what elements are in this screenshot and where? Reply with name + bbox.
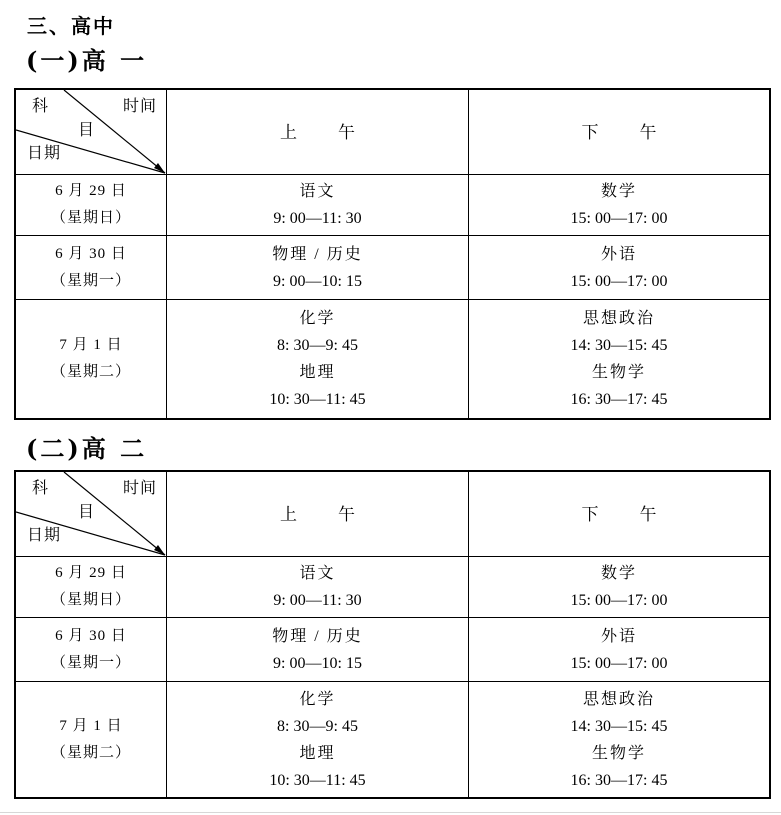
subject-text: 生物学 xyxy=(592,740,646,767)
table-header-row: 科 时间 目 日期 上 午 下 午 xyxy=(16,90,769,174)
weekday-text: （星期日） xyxy=(51,587,131,614)
time-text: 16: 30—17: 45 xyxy=(571,386,668,413)
weekday-text: （星期一） xyxy=(51,650,131,677)
time-text: 9: 00—10: 15 xyxy=(273,268,362,295)
column-header-morning: 上 午 xyxy=(166,90,468,174)
section-heading-grade1: (一)高 一 xyxy=(26,41,147,76)
weekday-text: （星期二） xyxy=(51,359,131,386)
time-text: 16: 30—17: 45 xyxy=(571,767,668,794)
schedule-table-grade2: 科 时间 目 日期 上 午 下 午 6 月 29 日 （星期日） 语文 9: 0… xyxy=(14,470,771,799)
morning-cell: 语文 9: 00—11: 30 xyxy=(166,557,468,617)
weekday-text: （星期一） xyxy=(51,268,131,295)
afternoon-cell: 数学 15: 00—17: 00 xyxy=(468,175,769,235)
table-row: 6 月 30 日 （星期一） 物理 / 历史 9: 00—10: 15 外语 1… xyxy=(16,617,769,681)
corner-label-time: 时间 xyxy=(123,99,157,115)
schedule-table-grade1: 科 时间 目 日期 上 午 下 午 6 月 29 日 （星期日） 语文 9: 0… xyxy=(14,88,771,420)
corner-header-cell: 科 时间 目 日期 xyxy=(16,90,166,174)
subject-text: 语文 xyxy=(299,560,335,587)
table-row: 7 月 1 日 （星期二） 化学 8: 30—9: 45 地理 10: 30—1… xyxy=(16,681,769,797)
subject-text: 思想政治 xyxy=(583,686,655,713)
date-text: 6 月 29 日 xyxy=(55,178,127,205)
subject-text: 化学 xyxy=(299,305,335,332)
morning-cell: 物理 / 历史 9: 00—10: 15 xyxy=(166,618,468,681)
weekday-text: （星期二） xyxy=(51,740,131,767)
date-cell: 7 月 1 日 （星期二） xyxy=(16,300,166,418)
afternoon-cell: 数学 15: 00—17: 00 xyxy=(468,557,769,617)
date-text: 6 月 30 日 xyxy=(55,241,127,268)
subject-text: 物理 / 历史 xyxy=(272,241,362,268)
corner-label-date: 日期 xyxy=(27,528,61,544)
column-header-morning: 上 午 xyxy=(166,472,468,556)
time-text: 9: 00—11: 30 xyxy=(273,587,361,614)
subject-text: 物理 / 历史 xyxy=(272,623,362,650)
date-text: 7 月 1 日 xyxy=(59,713,122,740)
table-row: 6 月 29 日 （星期日） 语文 9: 00—11: 30 数学 15: 00… xyxy=(16,556,769,617)
page-bottom-divider xyxy=(0,812,781,813)
date-cell: 6 月 30 日 （星期一） xyxy=(16,618,166,681)
column-header-afternoon: 下 午 xyxy=(468,90,769,174)
time-text: 9: 00—10: 15 xyxy=(273,650,362,677)
afternoon-cell: 外语 15: 00—17: 00 xyxy=(468,236,769,299)
date-text: 6 月 29 日 xyxy=(55,560,127,587)
date-cell: 6 月 29 日 （星期日） xyxy=(16,557,166,617)
time-text: 8: 30—9: 45 xyxy=(277,332,358,359)
time-text: 14: 30—15: 45 xyxy=(571,713,668,740)
morning-cell: 化学 8: 30—9: 45 地理 10: 30—11: 45 xyxy=(166,682,468,797)
table-row: 7 月 1 日 （星期二） 化学 8: 30—9: 45 地理 10: 30—1… xyxy=(16,299,769,418)
page-title: 三、高中 xyxy=(27,10,115,39)
table-row: 6 月 30 日 （星期一） 物理 / 历史 9: 00—10: 15 外语 1… xyxy=(16,235,769,299)
column-header-afternoon: 下 午 xyxy=(468,472,769,556)
date-text: 7 月 1 日 xyxy=(59,332,122,359)
corner-label-time: 时间 xyxy=(123,481,157,497)
time-text: 15: 00—17: 00 xyxy=(571,650,668,677)
time-text: 10: 30—11: 45 xyxy=(269,386,365,413)
table-row: 6 月 29 日 （星期日） 语文 9: 00—11: 30 数学 15: 00… xyxy=(16,174,769,235)
subject-text: 数学 xyxy=(601,560,637,587)
time-text: 15: 00—17: 00 xyxy=(571,587,668,614)
morning-cell: 化学 8: 30—9: 45 地理 10: 30—11: 45 xyxy=(166,300,468,418)
corner-label-subject-top: 科 xyxy=(32,481,49,497)
date-cell: 6 月 30 日 （星期一） xyxy=(16,236,166,299)
subject-text: 化学 xyxy=(299,686,335,713)
time-text: 8: 30—9: 45 xyxy=(277,713,358,740)
page: { "page": { "title": "三、高中" }, "sections… xyxy=(0,0,781,815)
morning-cell: 物理 / 历史 9: 00—10: 15 xyxy=(166,236,468,299)
subject-text: 外语 xyxy=(601,623,637,650)
subject-text: 生物学 xyxy=(592,359,646,386)
corner-label-date: 日期 xyxy=(27,146,61,162)
time-text: 14: 30—15: 45 xyxy=(571,332,668,359)
weekday-text: （星期日） xyxy=(51,205,131,232)
time-text: 15: 00—17: 00 xyxy=(571,205,668,232)
table-header-row: 科 时间 目 日期 上 午 下 午 xyxy=(16,472,769,556)
morning-cell: 语文 9: 00—11: 30 xyxy=(166,175,468,235)
subject-text: 外语 xyxy=(601,241,637,268)
date-cell: 6 月 29 日 （星期日） xyxy=(16,175,166,235)
time-text: 9: 00—11: 30 xyxy=(273,205,361,232)
subject-text: 语文 xyxy=(299,178,335,205)
subject-text: 地理 xyxy=(299,359,335,386)
afternoon-cell: 思想政治 14: 30—15: 45 生物学 16: 30—17: 45 xyxy=(468,682,769,797)
afternoon-cell: 外语 15: 00—17: 00 xyxy=(468,618,769,681)
subject-text: 地理 xyxy=(299,740,335,767)
date-text: 6 月 30 日 xyxy=(55,623,127,650)
corner-label-subject-bottom: 目 xyxy=(78,123,95,139)
time-text: 15: 00—17: 00 xyxy=(571,268,668,295)
corner-label-subject-top: 科 xyxy=(32,99,49,115)
afternoon-cell: 思想政治 14: 30—15: 45 生物学 16: 30—17: 45 xyxy=(468,300,769,418)
corner-header-cell: 科 时间 目 日期 xyxy=(16,472,166,556)
time-text: 10: 30—11: 45 xyxy=(269,767,365,794)
corner-label-subject-bottom: 目 xyxy=(78,505,95,521)
section-heading-grade2: (二)高 二 xyxy=(26,429,147,464)
date-cell: 7 月 1 日 （星期二） xyxy=(16,682,166,797)
subject-text: 思想政治 xyxy=(583,305,655,332)
subject-text: 数学 xyxy=(601,178,637,205)
